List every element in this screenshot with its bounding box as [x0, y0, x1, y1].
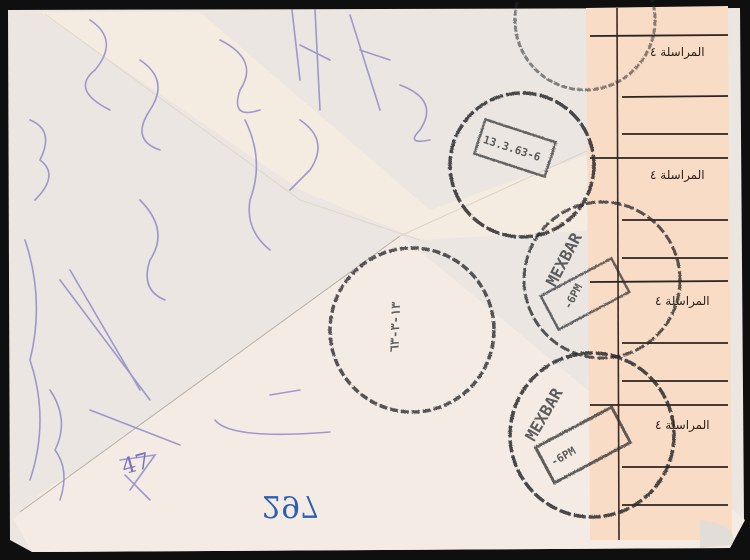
envelope-photo — [0, 0, 750, 560]
postmark-center-date: ١٣-٣-٦٣ — [387, 301, 403, 352]
blue-ink-number: 297 — [262, 488, 319, 523]
label-row-4: المراسلة ٤ — [655, 418, 710, 432]
label-row-2: المراسلة ٤ — [650, 168, 705, 182]
label-row-1: المراسلة ٤ — [650, 45, 705, 59]
registration-label — [586, 6, 733, 548]
label-row-3: المراسلة ٤ — [655, 294, 710, 308]
